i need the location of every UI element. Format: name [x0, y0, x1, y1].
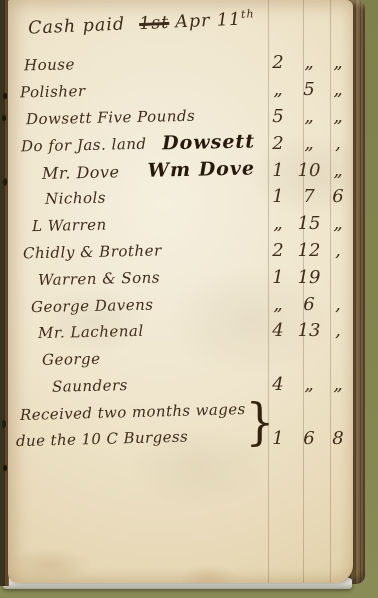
entry-pounds: 4: [261, 376, 295, 394]
ledger-row: Dowsett Five Pounds5„„: [8, 104, 353, 131]
entry-pounds: „: [261, 296, 295, 314]
entry-pence: ,: [323, 242, 353, 260]
ledger-row: Mr. Lachenal413,: [8, 318, 353, 345]
entry-name: Do for Jas. landDowsett: [8, 130, 261, 157]
footer-line-1: Received two months wages: [8, 399, 353, 425]
entry-shillings: „: [295, 108, 323, 126]
entry-name: George Davens: [8, 293, 261, 316]
entry-pounds: 2: [261, 135, 295, 153]
header-struck-word: 1st: [139, 13, 170, 34]
entry-shillings: 10: [295, 162, 323, 180]
entry-shillings: „: [295, 135, 323, 153]
entry-name-text: Mr. Dove: [42, 161, 120, 182]
entry-name-text: Polisher: [20, 82, 86, 101]
entry-shillings: „: [295, 376, 323, 394]
entry-name-text: Saunders: [52, 376, 128, 396]
entry-pounds: 1: [261, 269, 295, 287]
ledger-row: George: [8, 345, 353, 372]
ledger-row: Mr. DoveWm Dove110„: [8, 157, 353, 184]
ledger-row: Warren & Sons119: [8, 264, 353, 291]
entry-name: Polisher: [8, 79, 261, 102]
entry-pence: „: [323, 81, 353, 99]
entry-name-text: House: [24, 56, 75, 75]
entry-pounds: 2: [261, 54, 295, 72]
entry-name-text: Warren & Sons: [38, 268, 160, 289]
entry-name-text: Do for Jas. land: [21, 135, 147, 156]
entry-name: Saunders: [8, 373, 261, 396]
entry-pence: ,: [323, 322, 353, 340]
entry-name: Dowsett Five Pounds: [8, 105, 261, 128]
ledger-footer: } Received two months wages due the 10 C…: [8, 399, 353, 451]
ledger-row: Chidly & Brother212,: [8, 238, 353, 265]
entry-pence: ,: [323, 296, 353, 314]
entry-name-text: Dowsett Five Pounds: [26, 107, 196, 129]
entry-shillings: 5: [295, 81, 323, 99]
entry-annotation: Dowsett: [162, 130, 255, 154]
entry-pence: „: [323, 215, 353, 233]
entry-name: George: [8, 347, 261, 370]
page-header: Cash paid1stApr 11th: [28, 7, 256, 38]
footer-shillings: 6: [295, 428, 323, 449]
footer-line-2: due the 10 C Burgess 1 6 8: [8, 425, 353, 451]
entry-shillings: 7: [295, 188, 323, 206]
entry-pounds: 5: [261, 108, 295, 126]
ledger-row: House2„„: [8, 50, 353, 77]
entry-shillings: „: [295, 54, 323, 72]
ledger-row: Nichols176: [8, 184, 353, 211]
header-date-suffix: th: [241, 7, 255, 21]
entry-pounds: 1: [261, 162, 295, 180]
footer-text-1: Received two months wages: [8, 400, 261, 425]
entry-pence: 6: [323, 188, 353, 206]
entry-shillings: 15: [295, 215, 323, 233]
entry-pence: „: [323, 54, 353, 72]
entry-pounds: 4: [261, 322, 295, 340]
entry-shillings: 13: [295, 322, 323, 340]
entry-name: Nichols: [8, 186, 261, 209]
ledger-rows: House2„„Polisher„5„Dowsett Five Pounds5„…: [8, 50, 353, 398]
ledger-row: Polisher„5„: [8, 77, 353, 104]
entry-pence: „: [323, 162, 353, 180]
entry-name-text: L Warren: [32, 216, 107, 236]
header-text: Cash paid: [28, 15, 126, 39]
entry-name: Warren & Sons: [8, 266, 261, 289]
entry-shillings: 19: [295, 269, 323, 287]
entry-name: Chidly & Brother: [8, 239, 261, 262]
entry-name: House: [8, 52, 261, 75]
footer-text-2: due the 10 C Burgess: [8, 426, 261, 451]
entry-pounds: „: [261, 81, 295, 99]
ledger-row: Do for Jas. landDowsett2„,: [8, 130, 353, 157]
ledger-photo: Cash paid1stApr 11th House2„„Polisher„5„…: [0, 0, 378, 598]
entry-pounds: 1: [261, 188, 295, 206]
entry-name-text: Chidly & Brother: [23, 241, 162, 262]
entry-shillings: 12: [295, 242, 323, 260]
entry-name-text: Mr. Lachenal: [38, 322, 144, 342]
entry-pence: „: [323, 108, 353, 126]
header-date: Apr 11: [175, 10, 242, 33]
entry-shillings: 6: [295, 296, 323, 314]
entry-name-text: George: [42, 350, 101, 369]
ledger-row: George Davens„6,: [8, 291, 353, 318]
ledger-row: Saunders4„„: [8, 372, 353, 399]
entry-name: Mr. DoveWm Dove: [8, 157, 261, 184]
footer-pence: 8: [323, 428, 353, 449]
entry-name: Mr. Lachenal: [8, 320, 261, 343]
entry-annotation: Wm Dove: [147, 157, 255, 181]
entry-name: L Warren: [8, 213, 261, 236]
ledger-page: Cash paid1stApr 11th House2„„Polisher„5„…: [8, 0, 353, 583]
entry-name-text: George Davens: [31, 295, 154, 316]
entry-pounds: „: [261, 215, 295, 233]
entry-name-text: Nichols: [45, 189, 106, 208]
entry-pounds: 2: [261, 242, 295, 260]
entry-pence: ,: [323, 135, 353, 153]
ledger-row: L Warren„15„: [8, 211, 353, 238]
entry-pence: „: [323, 376, 353, 394]
